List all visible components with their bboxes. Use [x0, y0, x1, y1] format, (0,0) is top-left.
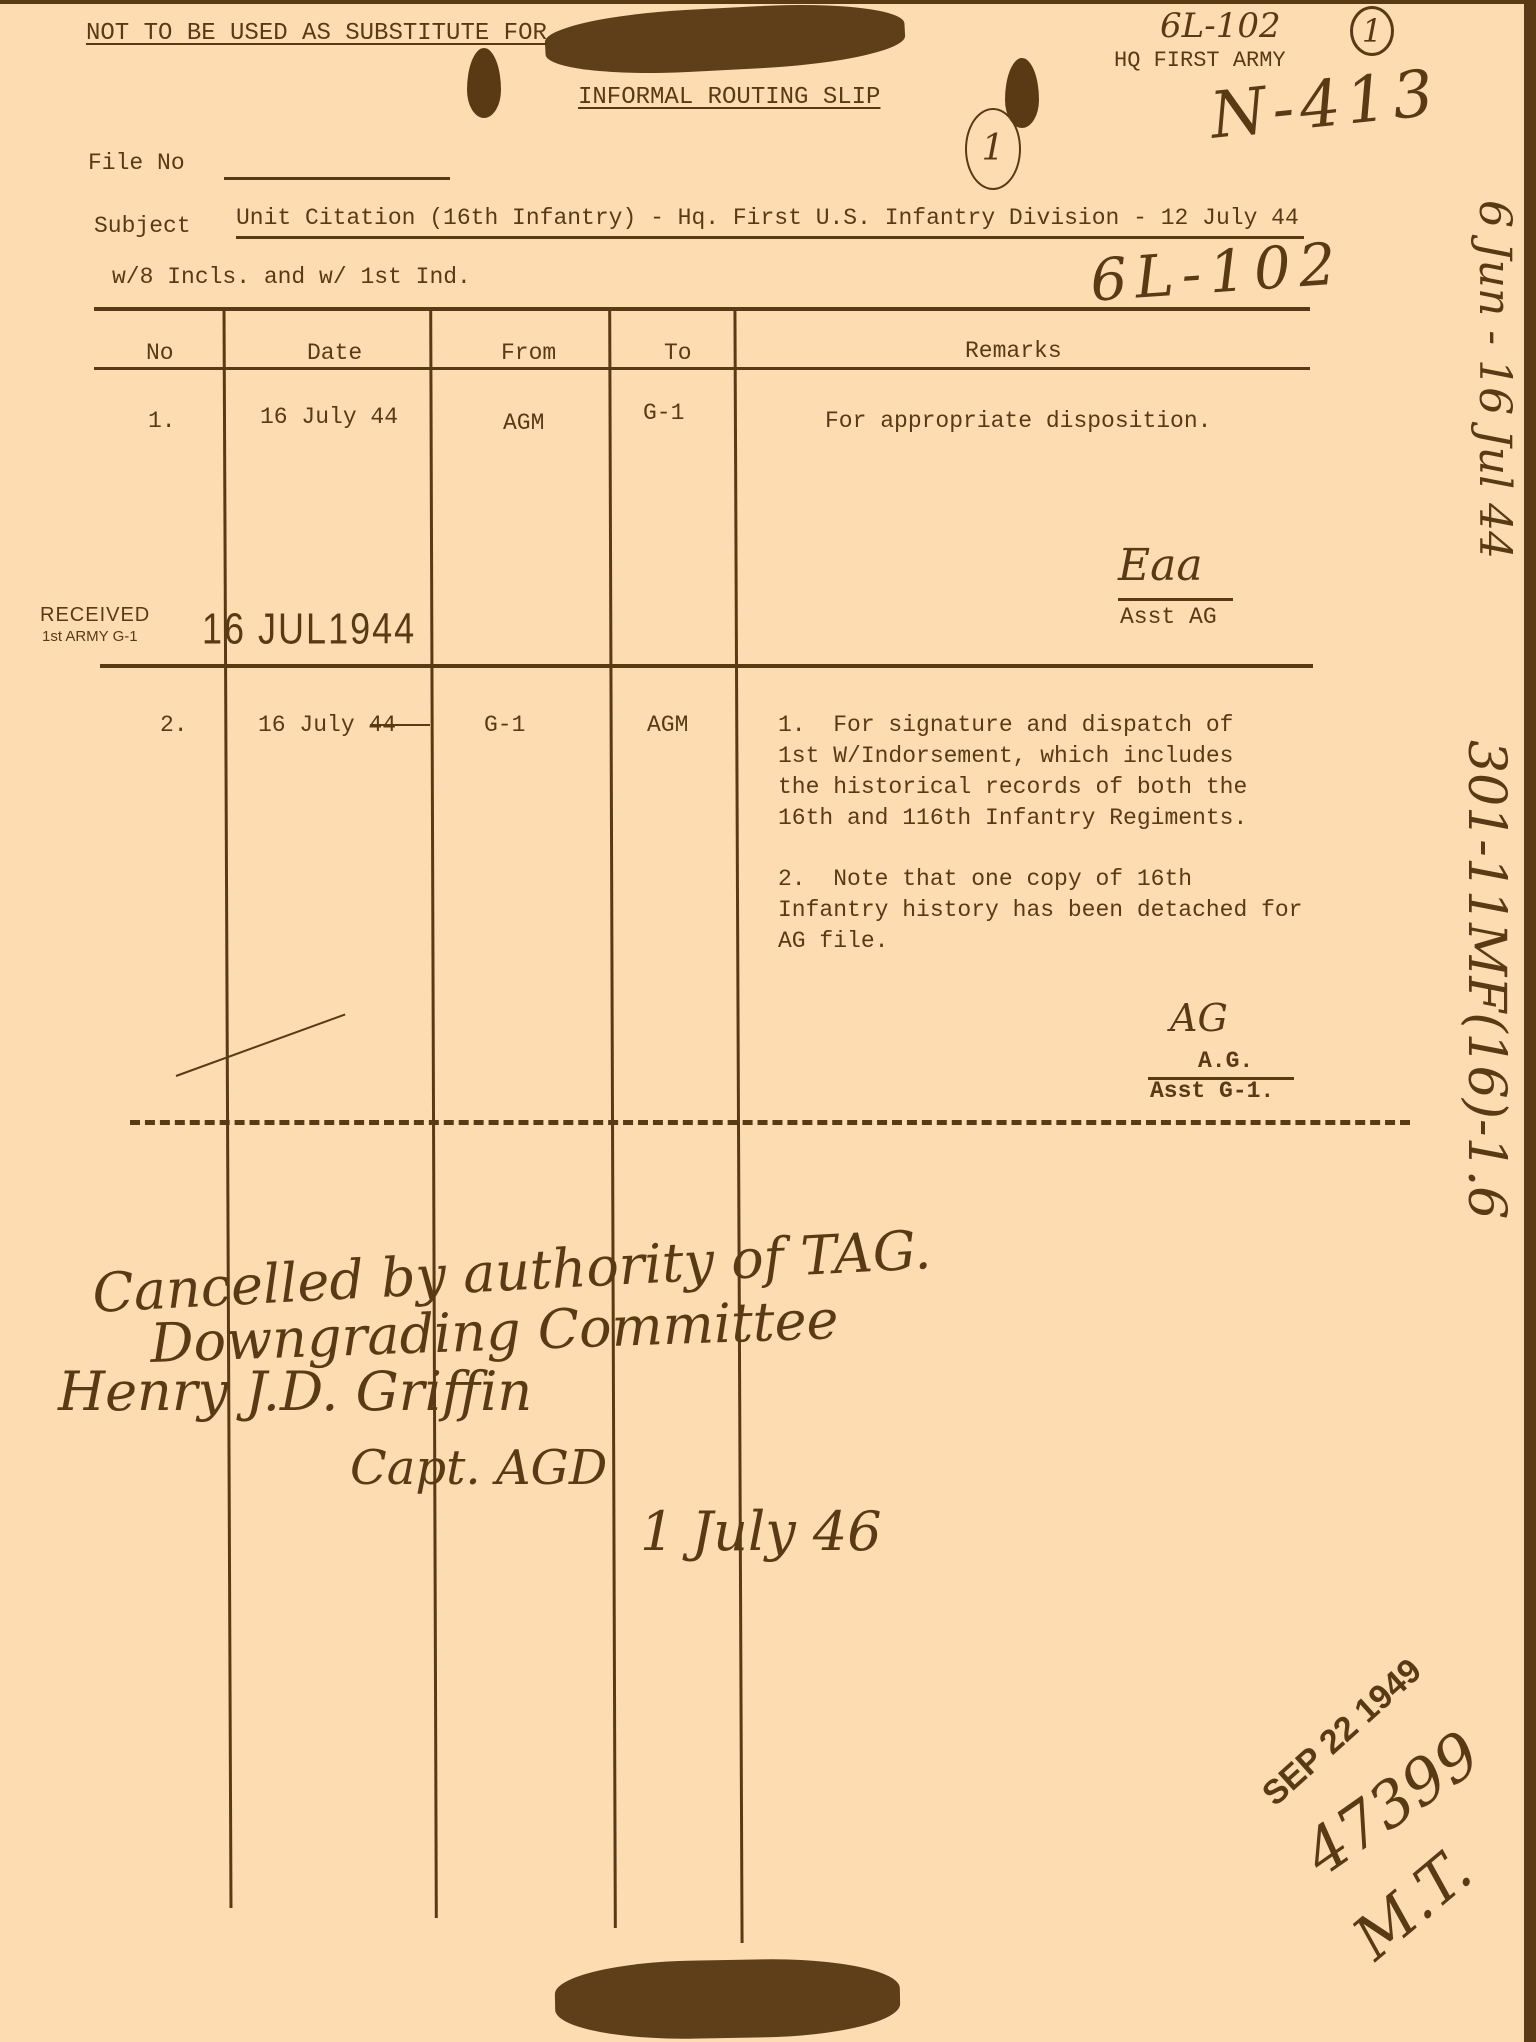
subject-label: Subject — [94, 213, 191, 239]
cancellation-line-5: 1 July 46 — [640, 1500, 882, 1563]
received-stamp-label: RECEIVED — [40, 604, 150, 627]
row-1-signature-line — [1118, 598, 1233, 601]
file-no-field — [224, 177, 450, 180]
routing-slip-document: NOT TO BE USED AS SUBSTITUTE FOR INFORMA… — [0, 0, 1536, 2042]
table-header-rule — [94, 367, 1310, 370]
pen-stroke — [176, 1013, 346, 1076]
file-no-label: File No — [88, 150, 185, 176]
row-2-signature: AG — [1170, 996, 1228, 1040]
cancellation-line-4: Capt. AGD — [350, 1440, 607, 1496]
received-stamp-office: 1st ARMY G-1 — [42, 628, 138, 645]
org-name: HQ FIRST ARMY — [1114, 48, 1286, 73]
circled-mark-left: 1 — [965, 108, 1021, 190]
row-2-to: AGM — [647, 712, 688, 738]
row-1-to: G-1 — [643, 400, 684, 426]
row-2-signature-title-1: A.G. — [1198, 1048, 1253, 1074]
row-1-from: AGM — [503, 410, 544, 436]
received-stamp-date: 16 JUL1944 — [202, 604, 416, 654]
redaction-scribble-bottom — [554, 1957, 900, 2041]
column-divider-date-from — [429, 308, 438, 1918]
column-divider-to-remarks — [733, 308, 743, 1943]
column-header-remarks: Remarks — [965, 338, 1062, 364]
top-edge — [0, 0, 1536, 4]
header-warning: NOT TO BE USED AS SUBSTITUTE FOR — [86, 20, 547, 47]
table-top-rule — [94, 307, 1310, 311]
row-2-remarks-paragraph-2: 2. Note that one copy of 16th Infantry h… — [778, 864, 1303, 957]
hand-ref-top: 6L-102 — [1160, 6, 1281, 46]
row-2-from: G-1 — [484, 712, 525, 738]
cut-line — [130, 1120, 1410, 1125]
subject-line-1: Unit Citation (16th Infantry) - Hq. Firs… — [236, 205, 1299, 231]
row-2-no: 2. — [160, 712, 188, 738]
row-1-signature: Eaa — [1118, 540, 1203, 591]
row-1-signature-title: Asst AG — [1120, 604, 1217, 630]
subject-line-2: w/8 Incls. and w/ 1st Ind. — [112, 264, 471, 290]
margin-note-dates: 6 Jun - 16 Jul 44 — [1469, 200, 1520, 559]
punch-hole-left — [467, 48, 501, 118]
column-header-from: From — [501, 340, 556, 366]
redaction-scribble — [544, 0, 907, 79]
column-header-date: Date — [307, 340, 362, 366]
subject-hand-ref: 6L-102 — [1088, 229, 1346, 315]
table-row-divider — [100, 664, 1313, 668]
margin-note-file-ref: 301-11MF(16)-1.6 — [1456, 740, 1516, 1219]
column-header-no: No — [146, 340, 174, 366]
row-2-remarks-paragraph-1: 1. For signature and dispatch of 1st W/I… — [778, 710, 1247, 834]
row-2-date-strike — [370, 724, 430, 726]
subject-underline — [236, 236, 1304, 239]
form-title: INFORMAL ROUTING SLIP — [578, 84, 880, 111]
column-divider-no-date — [223, 308, 233, 1908]
column-header-to: To — [664, 340, 692, 366]
row-1-no: 1. — [148, 408, 176, 434]
row-1-remarks: For appropriate disposition. — [825, 408, 1211, 434]
row-2-signature-title-2: Asst G-1. — [1150, 1078, 1274, 1104]
column-divider-from-to — [608, 308, 617, 1928]
row-1-date: 16 July 44 — [260, 404, 398, 430]
right-edge — [1524, 0, 1536, 2042]
circled-mark: 1 — [1350, 6, 1394, 56]
cancellation-line-3: Henry J.D. Griffin — [58, 1360, 532, 1423]
